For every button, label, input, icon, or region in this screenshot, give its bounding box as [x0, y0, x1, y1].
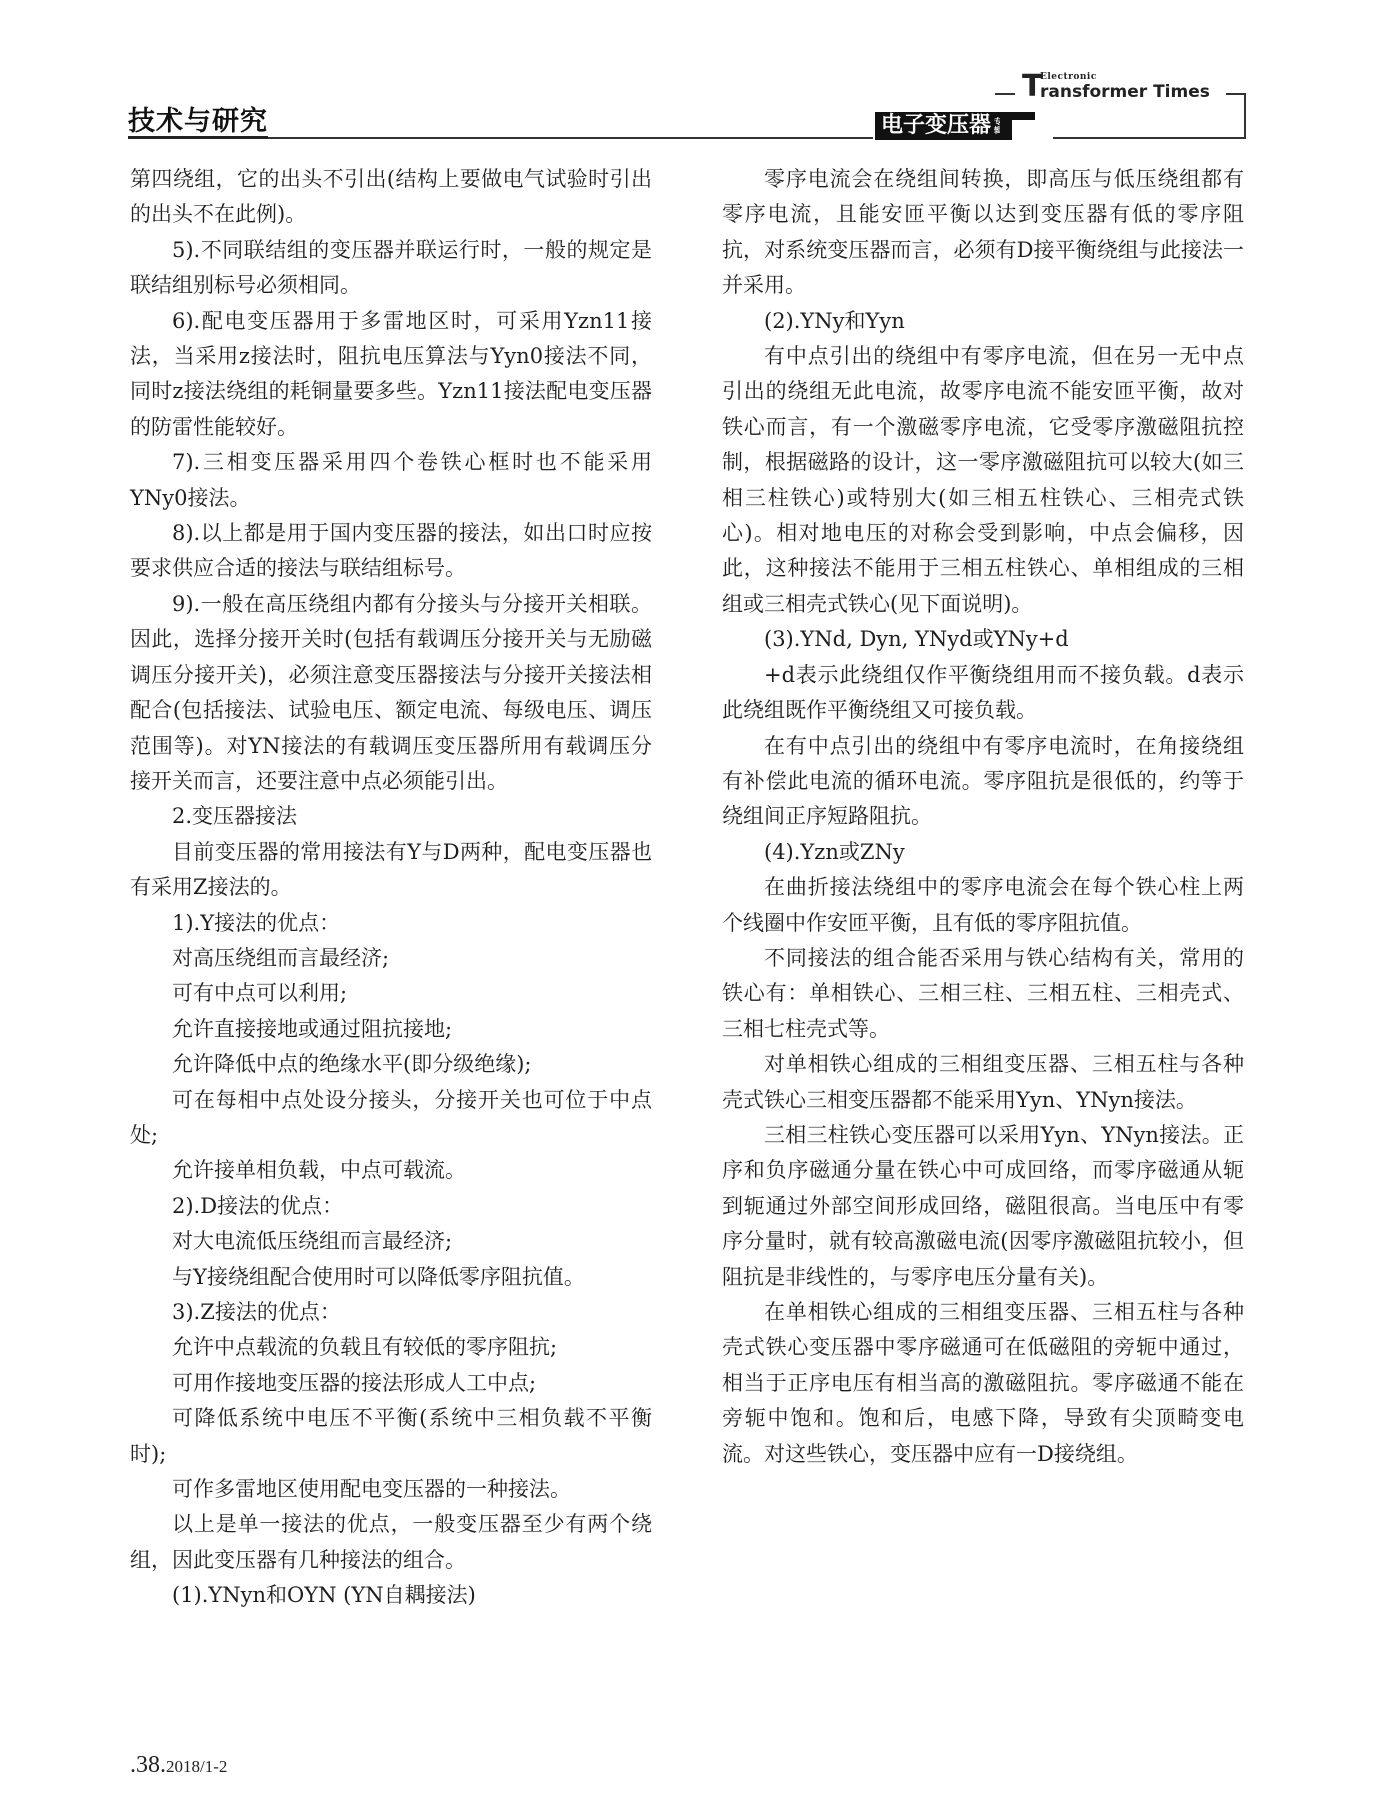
- paragraph: 3).Z接法的优点：: [130, 1295, 652, 1330]
- paragraph: +d表示此绕组仅作平衡绕组用而不接负载。d表示此绕组既作平衡绕组又可接负载。: [722, 658, 1244, 729]
- paragraph: 零序电流会在绕组间转换，即高压与低压绕组都有零序电流，且能安匝平衡以达到变压器有…: [722, 162, 1244, 304]
- magazine-badge-text: 电子变压器: [881, 112, 991, 140]
- paragraph: 可降低系统中电压不平衡(系统中三相负载不平衡时);: [130, 1401, 652, 1472]
- paragraph: 可作多雷地区使用配电变压器的一种接法。: [130, 1472, 652, 1507]
- paragraph: 不同接法的组合能否采用与铁心结构有关，常用的铁心有：单相铁心、三相三柱、三相五柱…: [722, 941, 1244, 1047]
- paragraph: 允许降低中点的绝缘水平(即分级绝缘);: [130, 1047, 652, 1082]
- paragraph: 可在每相中点处设分接头，分接开关也可位于中点处;: [130, 1083, 652, 1154]
- paragraph: 对高压绕组而言最经济;: [130, 941, 652, 976]
- paragraph: 以上是单一接法的优点，一般变压器至少有两个绕组，因此变压器有几种接法的组合。: [130, 1507, 652, 1578]
- paragraph: 7).三相变压器采用四个卷铁心框时也不能采用YNy0接法。: [130, 445, 652, 516]
- paragraph: 8).以上都是用于国内变压器的接法，如出口时应按要求供应合适的接法与联结组标号。: [130, 516, 652, 587]
- paragraph: 在有中点引出的绕组中有零序电流时，在角接绕组有补偿此电流的循环电流。零序阻抗是很…: [722, 729, 1244, 835]
- header-rule-accent: [128, 136, 268, 139]
- header-bracket-vertical: [1244, 93, 1246, 139]
- right-column: 零序电流会在绕组间转换，即高压与低压绕组都有零序电流，且能安匝平衡以达到变压器有…: [722, 162, 1244, 1472]
- paragraph: 可用作接地变压器的接法形成人工中点;: [130, 1366, 652, 1401]
- paragraph: 2).D接法的优点：: [130, 1189, 652, 1224]
- page-footer: .38.2018/1-2: [130, 1752, 227, 1779]
- paragraph: 允许直接接地或通过阻抗接地;: [130, 1012, 652, 1047]
- badge-step-decoration: [1000, 112, 1035, 120]
- header-bracket-top: [1226, 93, 1246, 95]
- page-number: .38.: [130, 1752, 166, 1778]
- issue-date: 2018/1-2: [166, 1757, 227, 1776]
- header-rule-right: [1053, 137, 1245, 139]
- paragraph: 有中点引出的绕组中有零序电流，但在另一无中点引出的绕组无此电流，故零序电流不能安…: [722, 339, 1244, 622]
- paragraph: 在单相铁心组成的三相组变压器、三相五柱与各种壳式铁心变压器中零序磁通可在低磁阻的…: [722, 1295, 1244, 1472]
- paragraph: (3).YNd, Dyn, YNyd或YNy+d: [722, 622, 1244, 657]
- paragraph: 允许接单相负载，中点可载流。: [130, 1153, 652, 1188]
- paragraph: 可有中点可以利用;: [130, 976, 652, 1011]
- magazine-badge: 电子变压器 专辑: [875, 112, 1009, 140]
- paragraph: (4).Yzn或ZNy: [722, 835, 1244, 870]
- paragraph: 1).Y接法的优点：: [130, 906, 652, 941]
- paragraph: 5).不同联结组的变压器并联运行时，一般的规定是联结组别标号必须相同。: [130, 233, 652, 304]
- paragraph: 目前变压器的常用接法有Y与D两种，配电变压器也有采用Z接法的。: [130, 835, 652, 906]
- paragraph: 对单相铁心组成的三相组变压器、三相五柱与各种壳式铁心三相变压器都不能采用Yyn、…: [722, 1047, 1244, 1118]
- paragraph: (1).YNyn和OYN (YN自耦接法): [130, 1578, 652, 1613]
- brand-electronic-label: Electronic: [1040, 72, 1097, 82]
- paragraph: 与Y接绕组配合使用时可以降低零序阻抗值。: [130, 1260, 652, 1295]
- paragraph: 6).配电变压器用于多雷地区时，可采用Yzn11接法，当采用z接法时，阻抗电压算…: [130, 304, 652, 446]
- section-title: 技术与研究: [128, 99, 268, 138]
- paragraph: 9).一般在高压绕组内都有分接头与分接开关相联。因此，选择分接开关时(包括有载调…: [130, 587, 652, 799]
- paragraph: 2.变压器接法: [130, 799, 652, 834]
- brand-name: ransformer Times: [1040, 82, 1210, 102]
- paragraph: (2).YNy和Yyn: [722, 304, 1244, 339]
- paragraph: 三相三柱铁心变压器可以采用Yyn、YNyn接法。正序和负序磁通分量在铁心中可成回…: [722, 1118, 1244, 1295]
- paragraph: 对大电流低压绕组而言最经济;: [130, 1224, 652, 1259]
- brand-dash-left: [995, 93, 1015, 95]
- badge-step-decoration-lower: [1000, 120, 1012, 140]
- left-column: 第四绕组，它的出头不引出(结构上要做电气试验时引出的出头不在此例)。5).不同联…: [130, 162, 652, 1614]
- paragraph: 在曲折接法绕组中的零序电流会在每个铁心柱上两个线圈中作安匝平衡，且有低的零序阻抗…: [722, 870, 1244, 941]
- paragraph: 第四绕组，它的出头不引出(结构上要做电气试验时引出的出头不在此例)。: [130, 162, 652, 233]
- paragraph: 允许中点载流的负载且有较低的零序阻抗;: [130, 1330, 652, 1365]
